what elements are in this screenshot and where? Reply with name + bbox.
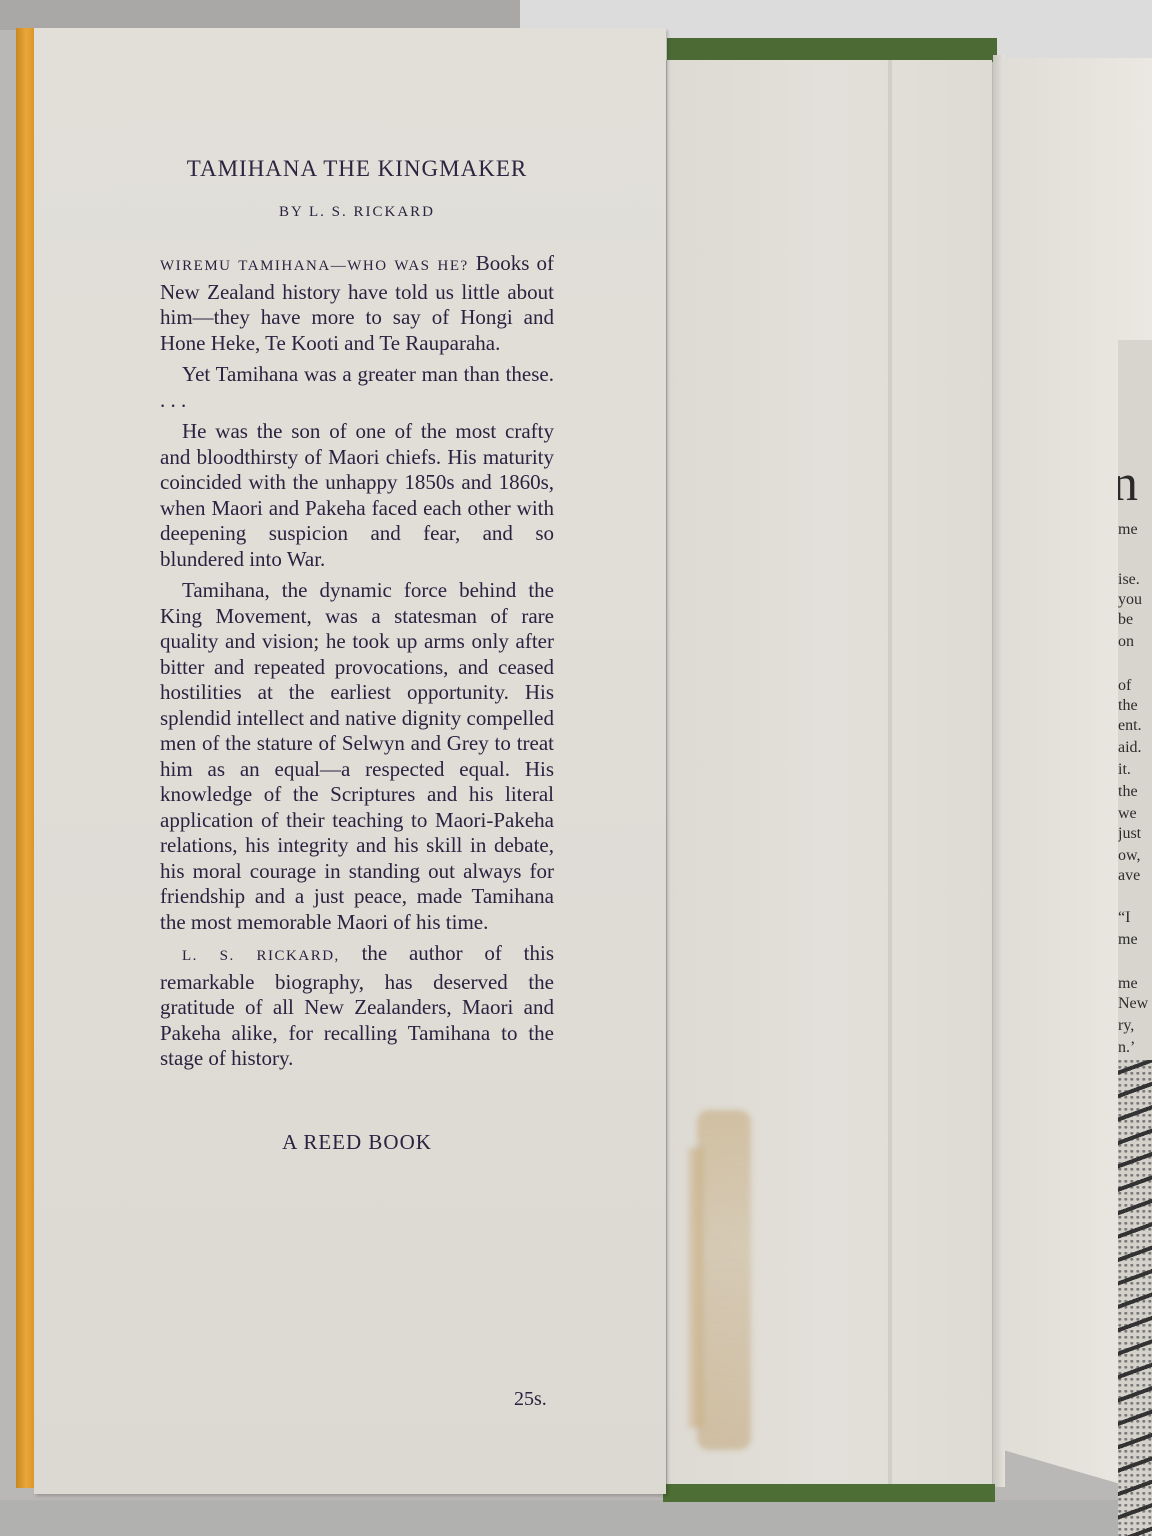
blurb-paragraph: WIREMU TAMIHANA—WHO WAS HE? Books of New… bbox=[160, 251, 554, 356]
insert-text-fragment: n.’ bbox=[1118, 1040, 1152, 1056]
green-cloth-board-bottom bbox=[663, 1484, 995, 1502]
insert-text-fragment: of bbox=[1118, 678, 1152, 694]
insert-text-fragment: on bbox=[1118, 634, 1152, 650]
insert-heading-fragment: n bbox=[1118, 458, 1138, 510]
insert-text-fragment: the bbox=[1118, 784, 1152, 800]
blurb-paragraph: Tamihana, the dynamic force behind the K… bbox=[160, 578, 554, 935]
background-surface bbox=[0, 0, 520, 30]
insert-text-fragment: ry, bbox=[1118, 1018, 1152, 1034]
insert-text-fragment: ise. bbox=[1118, 572, 1152, 588]
insert-text-fragment: ent. bbox=[1118, 718, 1152, 734]
green-cloth-board-top bbox=[667, 38, 997, 62]
table-surface bbox=[0, 1500, 1152, 1536]
flap-text-block: TAMIHANA THE KINGMAKER BY L. S. RICKARD … bbox=[160, 156, 554, 1155]
insert-text-fragment: me bbox=[1118, 932, 1152, 948]
insert-text-fragment: “I bbox=[1118, 910, 1152, 926]
edge-stain bbox=[689, 1148, 703, 1428]
insert-text-fragment: me bbox=[1118, 976, 1152, 992]
foxing-stain bbox=[697, 1110, 751, 1450]
publisher-imprint: A REED BOOK bbox=[160, 1130, 554, 1155]
insert-text-fragment: me bbox=[1118, 522, 1152, 538]
blurb: WIREMU TAMIHANA—WHO WAS HE? Books of New… bbox=[160, 251, 554, 1072]
insert-text-fragment: ave bbox=[1118, 868, 1152, 884]
insert-text-fragment: we bbox=[1118, 806, 1152, 822]
fold-crease bbox=[888, 60, 892, 1486]
blurb-paragraph: L. S. RICKARD, the author of this remark… bbox=[160, 941, 554, 1072]
insert-text-fragment: the bbox=[1118, 698, 1152, 714]
newspaper-insert: n meise.you be on oftheent.aid. it.the w… bbox=[1118, 340, 1152, 1536]
author-byline: BY L. S. RICKARD bbox=[160, 204, 554, 221]
book-title: TAMIHANA THE KINGMAKER bbox=[160, 156, 554, 182]
dust-jacket-flap: TAMIHANA THE KINGMAKER BY L. S. RICKARD … bbox=[34, 28, 666, 1494]
blurb-paragraph: Yet Tamihana was a greater man than thes… bbox=[160, 362, 554, 413]
orange-spine bbox=[16, 28, 36, 1488]
insert-text-fragment: be bbox=[1118, 612, 1152, 628]
insert-text-fragment: New bbox=[1118, 996, 1152, 1012]
insert-text-fragment: just bbox=[1118, 826, 1152, 842]
insert-text-fragment: you bbox=[1118, 592, 1152, 608]
price: 25s. bbox=[514, 1388, 547, 1411]
insert-text-fragment: aid. bbox=[1118, 740, 1152, 756]
insert-text-fragment: it. bbox=[1118, 762, 1152, 778]
insert-illustration bbox=[1118, 1060, 1152, 1536]
insert-text-fragment: ow, bbox=[1118, 848, 1152, 864]
blurb-paragraph: He was the son of one of the most crafty… bbox=[160, 419, 554, 572]
